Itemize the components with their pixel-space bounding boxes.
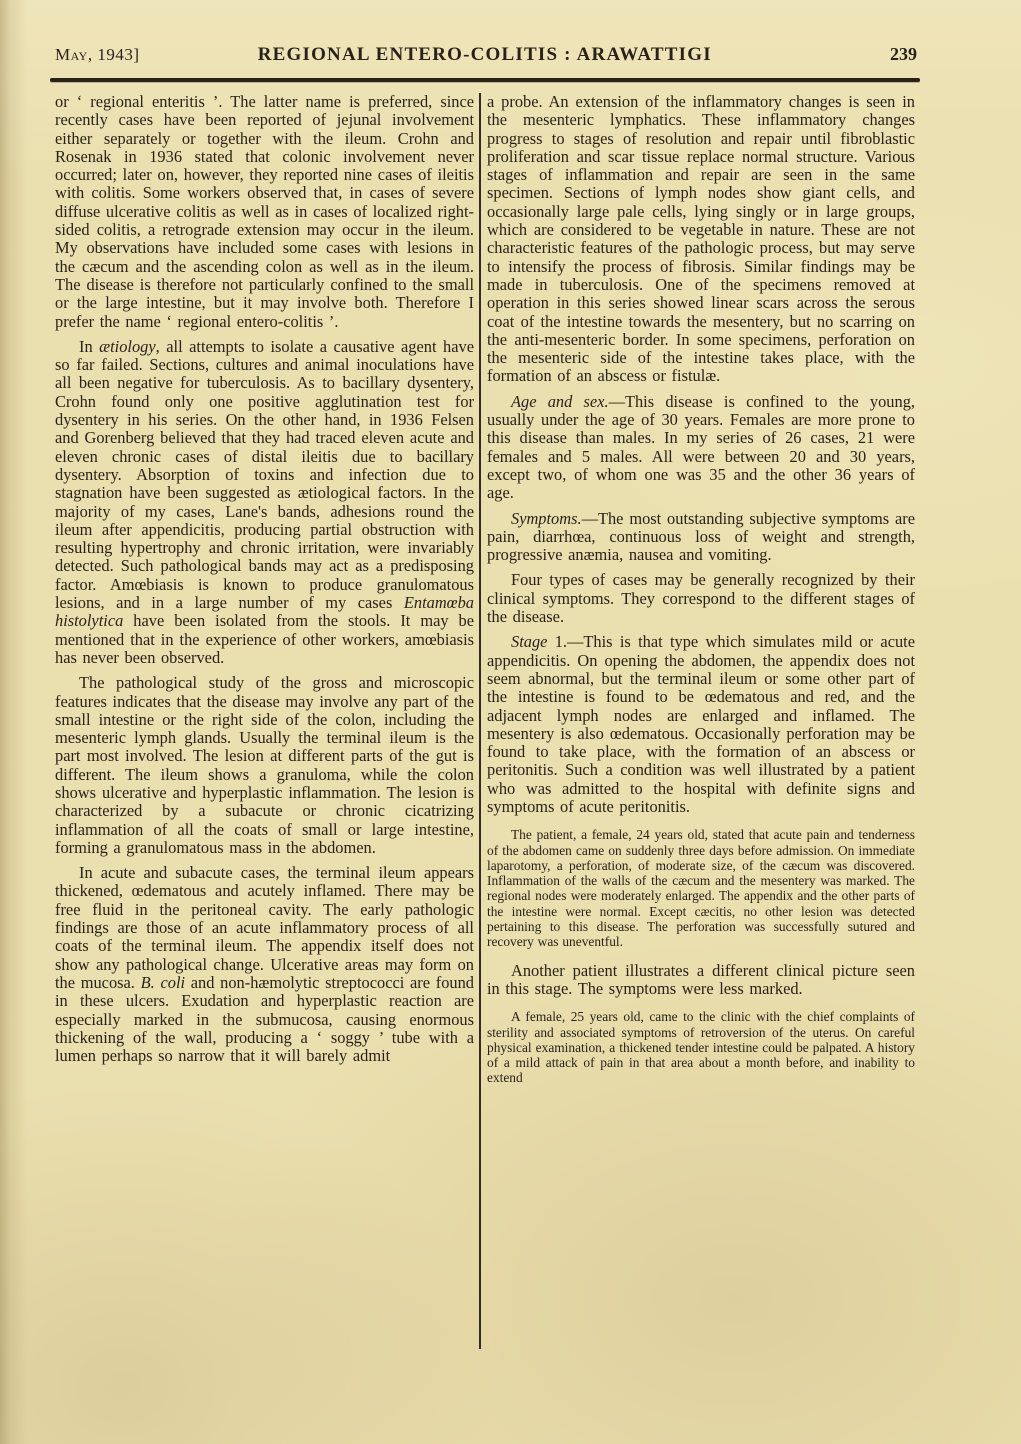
issue-date: May, 1943] xyxy=(55,45,140,65)
paragraph: Four types of cases may be generally rec… xyxy=(487,571,915,626)
paragraph: or ‘ regional enteritis ’. The latter na… xyxy=(55,93,474,331)
journal-page: May, 1943] REGIONAL ENTERO-COLITIS : ARA… xyxy=(0,0,1021,1444)
paragraph: Another patient illustrates a different … xyxy=(487,962,915,999)
page-number: 239 xyxy=(890,44,917,65)
header-rule xyxy=(50,78,920,82)
column-right: a probe. An extension of the inflammator… xyxy=(487,93,915,1349)
text-columns: or ‘ regional enteritis ’. The latter na… xyxy=(55,93,917,1349)
paragraph: a probe. An extension of the inflammator… xyxy=(487,93,915,386)
article-title: REGIONAL ENTERO-COLITIS : ARAWATTIGI xyxy=(258,44,712,66)
paragraph: Symptoms.—The most outstanding subjectiv… xyxy=(487,510,915,565)
column-divider xyxy=(479,93,481,1349)
paragraph: The patient, a female, 24 years old, sta… xyxy=(487,827,915,949)
page-header: May, 1943] REGIONAL ENTERO-COLITIS : ARA… xyxy=(55,44,917,66)
paragraph: Age and sex.—This disease is confined to… xyxy=(487,393,915,503)
paragraph: The pathological study of the gross and … xyxy=(55,674,474,857)
paragraph: A female, 25 years old, came to the clin… xyxy=(487,1009,915,1085)
paragraph: Stage 1.—This is that type which simulat… xyxy=(487,633,915,816)
column-left: or ‘ regional enteritis ’. The latter na… xyxy=(55,93,474,1349)
paragraph: In ætiology, all attempts to isolate a c… xyxy=(55,338,474,667)
paragraph: In acute and subacute cases, the termina… xyxy=(55,864,474,1065)
